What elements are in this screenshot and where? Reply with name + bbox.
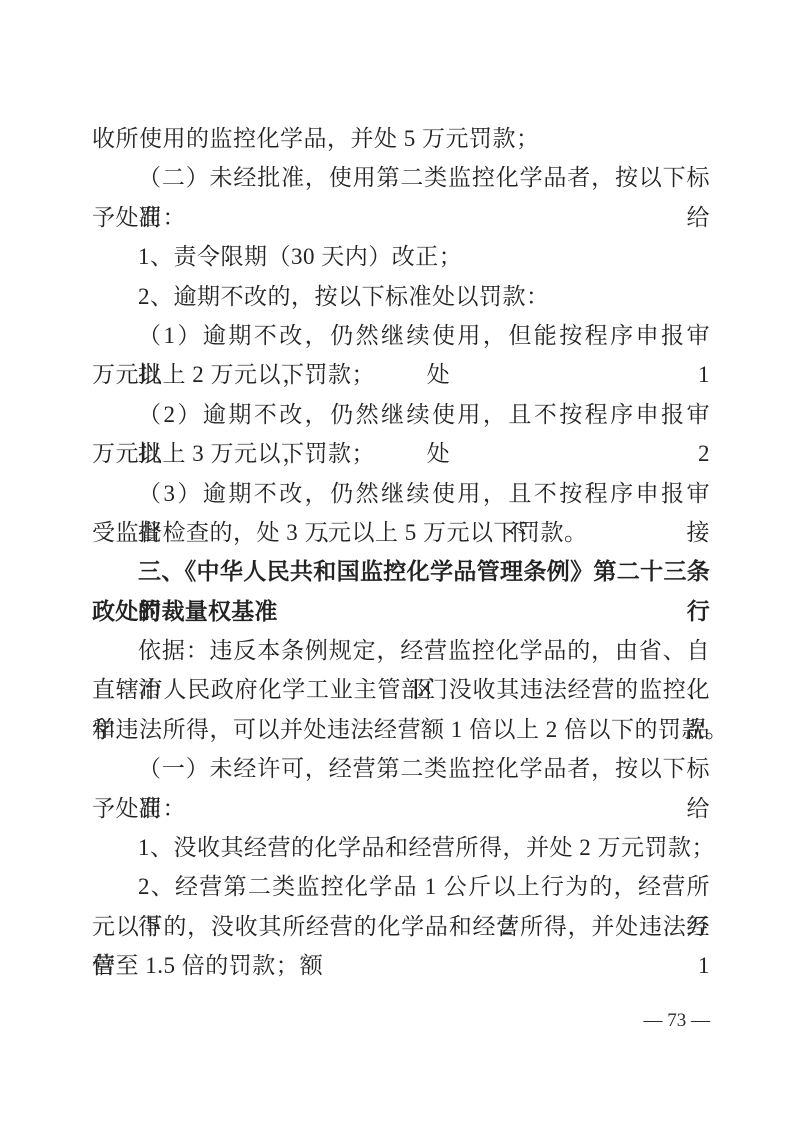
text-line: 依据：违反本条例规定，经营监控化学品的，由省、自治区、 — [92, 631, 710, 670]
text-line: 直辖市人民政府化学工业主管部门没收其违法经营的监控化学品 — [92, 670, 710, 709]
text-line: 1、责令限期（30 天内）改正； — [92, 237, 710, 276]
text-line: 1、没收其经营的化学品和经营所得，并处 2 万元罚款； — [92, 828, 710, 867]
text-line: （一）未经许可，经营第二类监控化学品者，按以下标准给 — [92, 749, 710, 788]
page-footer: — 73 — — [0, 1010, 710, 1032]
text-line: （1）逾期不改，仍然继续使用，但能按程序申报审批，处 1 — [92, 316, 710, 355]
text-line: （二）未经批准，使用第二类监控化学品者，按以下标准给 — [92, 158, 710, 197]
text-line: 收所使用的监控化学品，并处 5 万元罚款； — [92, 119, 710, 158]
text-line: 和违法所得，可以并处违法经营额 1 倍以上 2 倍以下的罚款。 — [92, 710, 710, 749]
text-line: 三、《中华人民共和国监控化学品管理条例》第二十三条的行 — [92, 552, 710, 591]
page-number: — 73 — — [644, 1010, 711, 1031]
text-line: 2、逾期不改的，按以下标准处以罚款： — [92, 277, 710, 316]
text-line: 2、经营第二类监控化学品 1 公斤以上行为的，经营所得 2 万 — [92, 867, 710, 906]
text-line: （2）逾期不改，仍然继续使用，且不按程序申报审批，处 2 — [92, 395, 710, 434]
text-line: 元以下的，没收其所经营的化学品和经营所得，并处违法经营额 1 — [92, 907, 710, 946]
document-page: 收所使用的监控化学品，并处 5 万元罚款；（二）未经批准，使用第二类监控化学品者… — [0, 0, 793, 1122]
text-line: （3）逾期不改，仍然继续使用，且不按程序申报审批、不接 — [92, 474, 710, 513]
text-block: 收所使用的监控化学品，并处 5 万元罚款；（二）未经批准，使用第二类监控化学品者… — [92, 119, 710, 986]
